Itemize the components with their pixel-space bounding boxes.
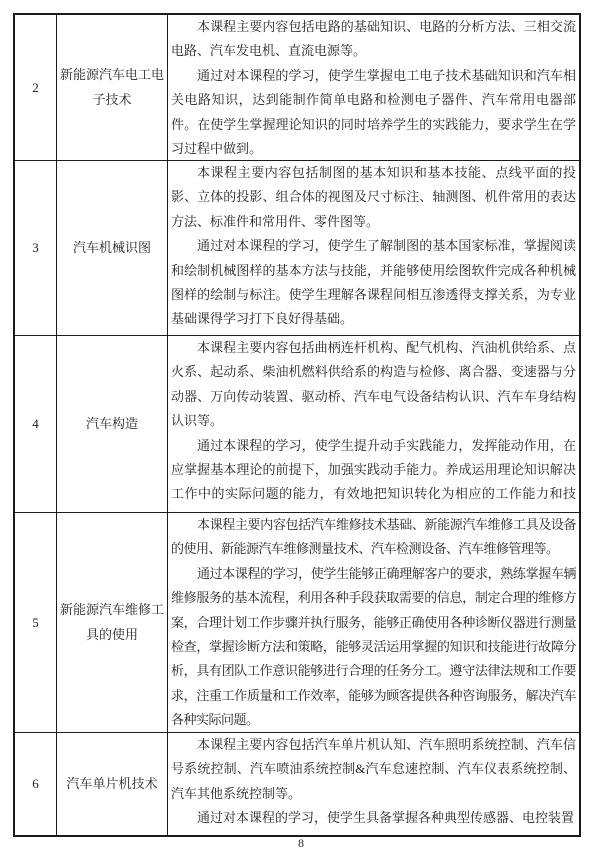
description-paragraph: 本课程主要内容包括曲柄连杆机构、配气机构、汽油机供给系、点火系、起动系、柴油机燃… bbox=[171, 336, 576, 434]
course-description-text: 本课程主要内容包括汽车单片机认知、汽车照明系统控制、汽车信号系统控制、汽车喷油系… bbox=[168, 733, 579, 835]
description-paragraph: 通过对本课程的学习，使学生具备掌握各种典型传感器、电控装置 bbox=[171, 806, 576, 830]
row-number-cell: 4 bbox=[14, 336, 57, 513]
row-number-cell: 3 bbox=[14, 161, 57, 336]
description-paragraph: 通过本课程的学习，使学生提升动手实践能力，发挥能动作用，在应掌握基本理论的前提下… bbox=[171, 434, 576, 512]
course-description-text: 本课程主要内容包括制图的基本知识和基本技能、点线平面的投影、立体的投影、组合体的… bbox=[168, 161, 579, 335]
description-paragraph: 本课程主要内容包括汽车维修技术基础、新能源汽车维修工具及设备的使用、新能源汽车维… bbox=[171, 513, 576, 562]
page-number: 8 bbox=[0, 836, 602, 851]
course-description-text: 本课程主要内容包括汽车维修技术基础、新能源汽车维修工具及设备的使用、新能源汽车维… bbox=[168, 513, 579, 732]
course-description-cell: 本课程主要内容包括汽车维修技术基础、新能源汽车维修工具及设备的使用、新能源汽车维… bbox=[168, 513, 581, 733]
course-description-text: 本课程主要内容包括曲柄连杆机构、配气机构、汽油机供给系、点火系、起动系、柴油机燃… bbox=[168, 336, 579, 512]
course-description-cell: 本课程主要内容包括电路的基础知识、电路的分析方法、三相交流电路、汽车发电机、直流… bbox=[168, 14, 581, 161]
description-paragraph: 通过对本课程的学习，使学生了解制图的基本国家标准，掌握阅读和绘制机械图样的基本方… bbox=[171, 234, 576, 332]
course-description-cell: 本课程主要内容包括汽车单片机认知、汽车照明系统控制、汽车信号系统控制、汽车喷油系… bbox=[168, 733, 581, 837]
description-paragraph: 通过本课程的学习，使学生能够正确理解客户的要求，熟练掌握车辆维修服务的基本流程，… bbox=[171, 562, 576, 732]
table-row: 4 汽车构造 本课程主要内容包括曲柄连杆机构、配气机构、汽油机供给系、点火系、起… bbox=[14, 336, 580, 513]
row-number-cell: 2 bbox=[14, 14, 57, 161]
course-name-cell: 汽车单片机技术 bbox=[57, 733, 168, 837]
course-name-cell: 新能源汽车维修工具的使用 bbox=[57, 513, 168, 733]
row-number-cell: 6 bbox=[14, 733, 57, 837]
document-page: 2 新能源汽车电工电子技术 本课程主要内容包括电路的基础知识、电路的分析方法、三… bbox=[0, 0, 602, 855]
course-name-cell: 新能源汽车电工电子技术 bbox=[57, 14, 168, 161]
course-name-cell: 汽车机械识图 bbox=[57, 161, 168, 336]
course-description-cell: 本课程主要内容包括制图的基本知识和基本技能、点线平面的投影、立体的投影、组合体的… bbox=[168, 161, 581, 336]
course-table: 2 新能源汽车电工电子技术 本课程主要内容包括电路的基础知识、电路的分析方法、三… bbox=[13, 13, 581, 837]
course-description-text: 本课程主要内容包括电路的基础知识、电路的分析方法、三相交流电路、汽车发电机、直流… bbox=[168, 15, 579, 160]
table-row: 2 新能源汽车电工电子技术 本课程主要内容包括电路的基础知识、电路的分析方法、三… bbox=[14, 14, 580, 161]
table-row: 6 汽车单片机技术 本课程主要内容包括汽车单片机认知、汽车照明系统控制、汽车信号… bbox=[14, 733, 580, 837]
description-paragraph: 本课程主要内容包括制图的基本知识和基本技能、点线平面的投影、立体的投影、组合体的… bbox=[171, 161, 576, 234]
course-table-body: 2 新能源汽车电工电子技术 本课程主要内容包括电路的基础知识、电路的分析方法、三… bbox=[14, 14, 580, 836]
course-description-cell: 本课程主要内容包括曲柄连杆机构、配气机构、汽油机供给系、点火系、起动系、柴油机燃… bbox=[168, 336, 581, 513]
description-paragraph: 本课程主要内容包括电路的基础知识、电路的分析方法、三相交流电路、汽车发电机、直流… bbox=[171, 15, 576, 64]
description-paragraph: 本课程主要内容包括汽车单片机认知、汽车照明系统控制、汽车信号系统控制、汽车喷油系… bbox=[171, 733, 576, 806]
table-row: 5 新能源汽车维修工具的使用 本课程主要内容包括汽车维修技术基础、新能源汽车维修… bbox=[14, 513, 580, 733]
row-number-cell: 5 bbox=[14, 513, 57, 733]
table-row: 3 汽车机械识图 本课程主要内容包括制图的基本知识和基本技能、点线平面的投影、立… bbox=[14, 161, 580, 336]
description-paragraph: 通过对本课程的学习，使学生掌握电工电子技术基础知识和汽车相关电路知识，达到能制作… bbox=[171, 64, 576, 160]
course-name-cell: 汽车构造 bbox=[57, 336, 168, 513]
